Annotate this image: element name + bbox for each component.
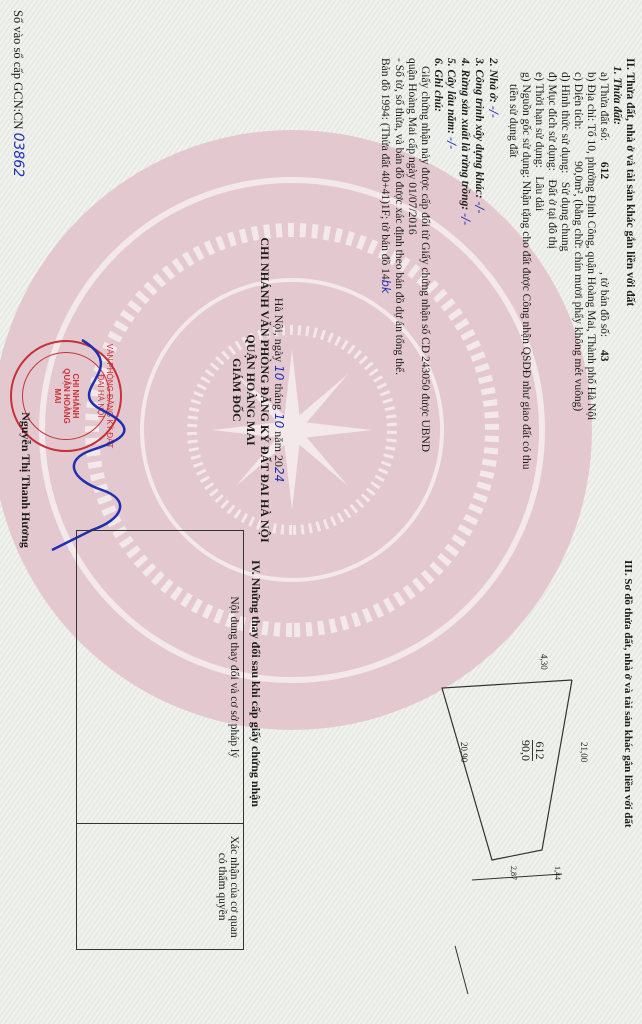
date-day: 10 xyxy=(272,365,286,380)
changes-table: Nội dung thay đổi và cơ sở pháp lý Xác n… xyxy=(76,530,244,950)
land-heading: 1. Thửa đất: xyxy=(610,58,623,528)
sketch-area: 90,0 xyxy=(519,740,532,761)
forest-line: 4. Rừng sản xuất là rừng trồng: -/- xyxy=(458,58,472,528)
map-sheet-no: 43 xyxy=(598,350,610,362)
sketch-parcel-no: 612 xyxy=(532,740,546,761)
handwritten-signature xyxy=(42,330,152,560)
section-iii-title: III. Sơ đồ thửa đất, nhà ở và tài sản kh… xyxy=(621,560,634,828)
address: b) Địa chỉ: Tổ 10, phường Định Công, quậ… xyxy=(584,58,597,528)
use-term: e) Thời hạn sử dụng: Lâu dài xyxy=(532,58,545,528)
registry-value: 03862 xyxy=(10,133,26,178)
edge-right-a: 1,44 xyxy=(551,866,564,880)
edge-top: 21,00 xyxy=(577,742,590,762)
note-initial: bk xyxy=(379,280,393,294)
map-sheet-label: , tờ bản đồ số: xyxy=(598,272,610,337)
issue-date: Hà Nội, ngày 10 tháng 10 năm 2024 xyxy=(272,230,286,550)
office-name: CHI NHÁNH VĂN PHÒNG ĐĂNG KÝ ĐẤT ĐAI HÀ N… xyxy=(258,230,272,550)
edge-right-b: 2,87 xyxy=(507,866,520,880)
north-arrow-icon xyxy=(455,946,469,995)
date-prefix: Hà Nội, ngày xyxy=(272,298,286,362)
parcel-no: 612 xyxy=(598,162,610,179)
parcel-label: a) Thửa đất số: xyxy=(598,72,610,141)
note-4: Bản đồ 1994: (Thửa đất 40+41)1F; tờ bản … xyxy=(379,58,391,280)
signature-block: Hà Nội, ngày 10 tháng 10 năm 2024 CHI NH… xyxy=(230,230,286,550)
forest-value: -/- xyxy=(459,213,473,225)
forest-label: 4. Rừng sản xuất là rừng trồng: xyxy=(459,58,471,210)
parcel-sketch xyxy=(412,640,612,900)
construction-line: 3. Công trình xây dựng khác: -/- xyxy=(472,58,486,528)
certificate-sheet: Số vào sổ cấp GCN:CN 03862 II. Thửa đất,… xyxy=(0,0,642,1024)
registry-number: Số vào sổ cấp GCN:CN 03862 xyxy=(11,10,24,177)
perennial-line: 5. Cây lâu năm: -/- xyxy=(444,58,458,528)
use-form: d) Hình thức sử dụng: Sử dụng chung xyxy=(558,58,571,528)
note-4-line: Bản đồ 1994: (Thửa đất 40+41)1F; tờ bản … xyxy=(378,58,392,528)
note-1: Giấy chứng nhận này được cấp đổi từ Giấy… xyxy=(418,58,431,528)
col-confirm-header: Xác nhận của cơ quan có thẩm quyền xyxy=(77,824,244,950)
month-label: tháng xyxy=(272,383,286,410)
office-district: QUẬN HOÀNG MAI xyxy=(244,230,258,550)
year-label: năm 20 xyxy=(272,431,286,467)
area: c) Diện tích: 90,0m², (bằng chữ: chín mư… xyxy=(571,58,584,528)
section-ii: II. Thửa đất, nhà ở và tài sản khác gắn … xyxy=(378,58,636,528)
house-line: 2. Nhà ở: -/- xyxy=(486,58,500,528)
perennial-value: -/- xyxy=(445,137,459,149)
note-2: quận Hoàng Mai cấp ngày 01/07/2016 xyxy=(405,58,418,528)
perennial-label: 5. Cây lâu năm: xyxy=(445,58,457,134)
construction-label: 3. Công trình xây dựng khác: xyxy=(473,58,485,198)
edge-bottom: 20,90 xyxy=(457,742,470,762)
section-ii-title: II. Thửa đất, nhà ở và tài sản khác gắn … xyxy=(623,58,636,528)
house-label: 2. Nhà ở: xyxy=(487,58,499,103)
notes-heading: 6. Ghi chú: xyxy=(431,58,444,528)
date-month: 10 xyxy=(272,413,286,428)
origin-cont: tiền sử dụng đất xyxy=(506,58,519,528)
parcel-line: a) Thửa đất số: 612 , tờ bản đồ số: 43 xyxy=(597,58,610,528)
signer-role: GIÁM ĐỐC xyxy=(230,230,244,550)
registry-label: Số vào sổ cấp GCN:CN xyxy=(11,10,25,129)
note-3: - Số tờ, số thửa, và bản đồ được xác địn… xyxy=(392,58,405,528)
house-value: -/- xyxy=(487,106,501,118)
col-content-header: Nội dung thay đổi và cơ sở pháp lý xyxy=(77,531,244,824)
edge-left: 4,30 xyxy=(537,654,550,670)
date-year: 24 xyxy=(272,467,286,482)
construction-value: -/- xyxy=(473,201,487,213)
section-iv-title: IV. Những thay đổi sau khi cấp giấy chứn… xyxy=(249,560,262,807)
use-purpose: đ) Mục đích sử dụng: Đất ở tại đô thị xyxy=(545,58,558,528)
origin: g) Nguồn gốc sử dụng: Nhận tặng cho đất … xyxy=(519,58,532,528)
signer-name: Nguyễn Thị Thanh Hương xyxy=(19,330,32,630)
parcel-label-box: 612 90,0 xyxy=(519,740,546,761)
